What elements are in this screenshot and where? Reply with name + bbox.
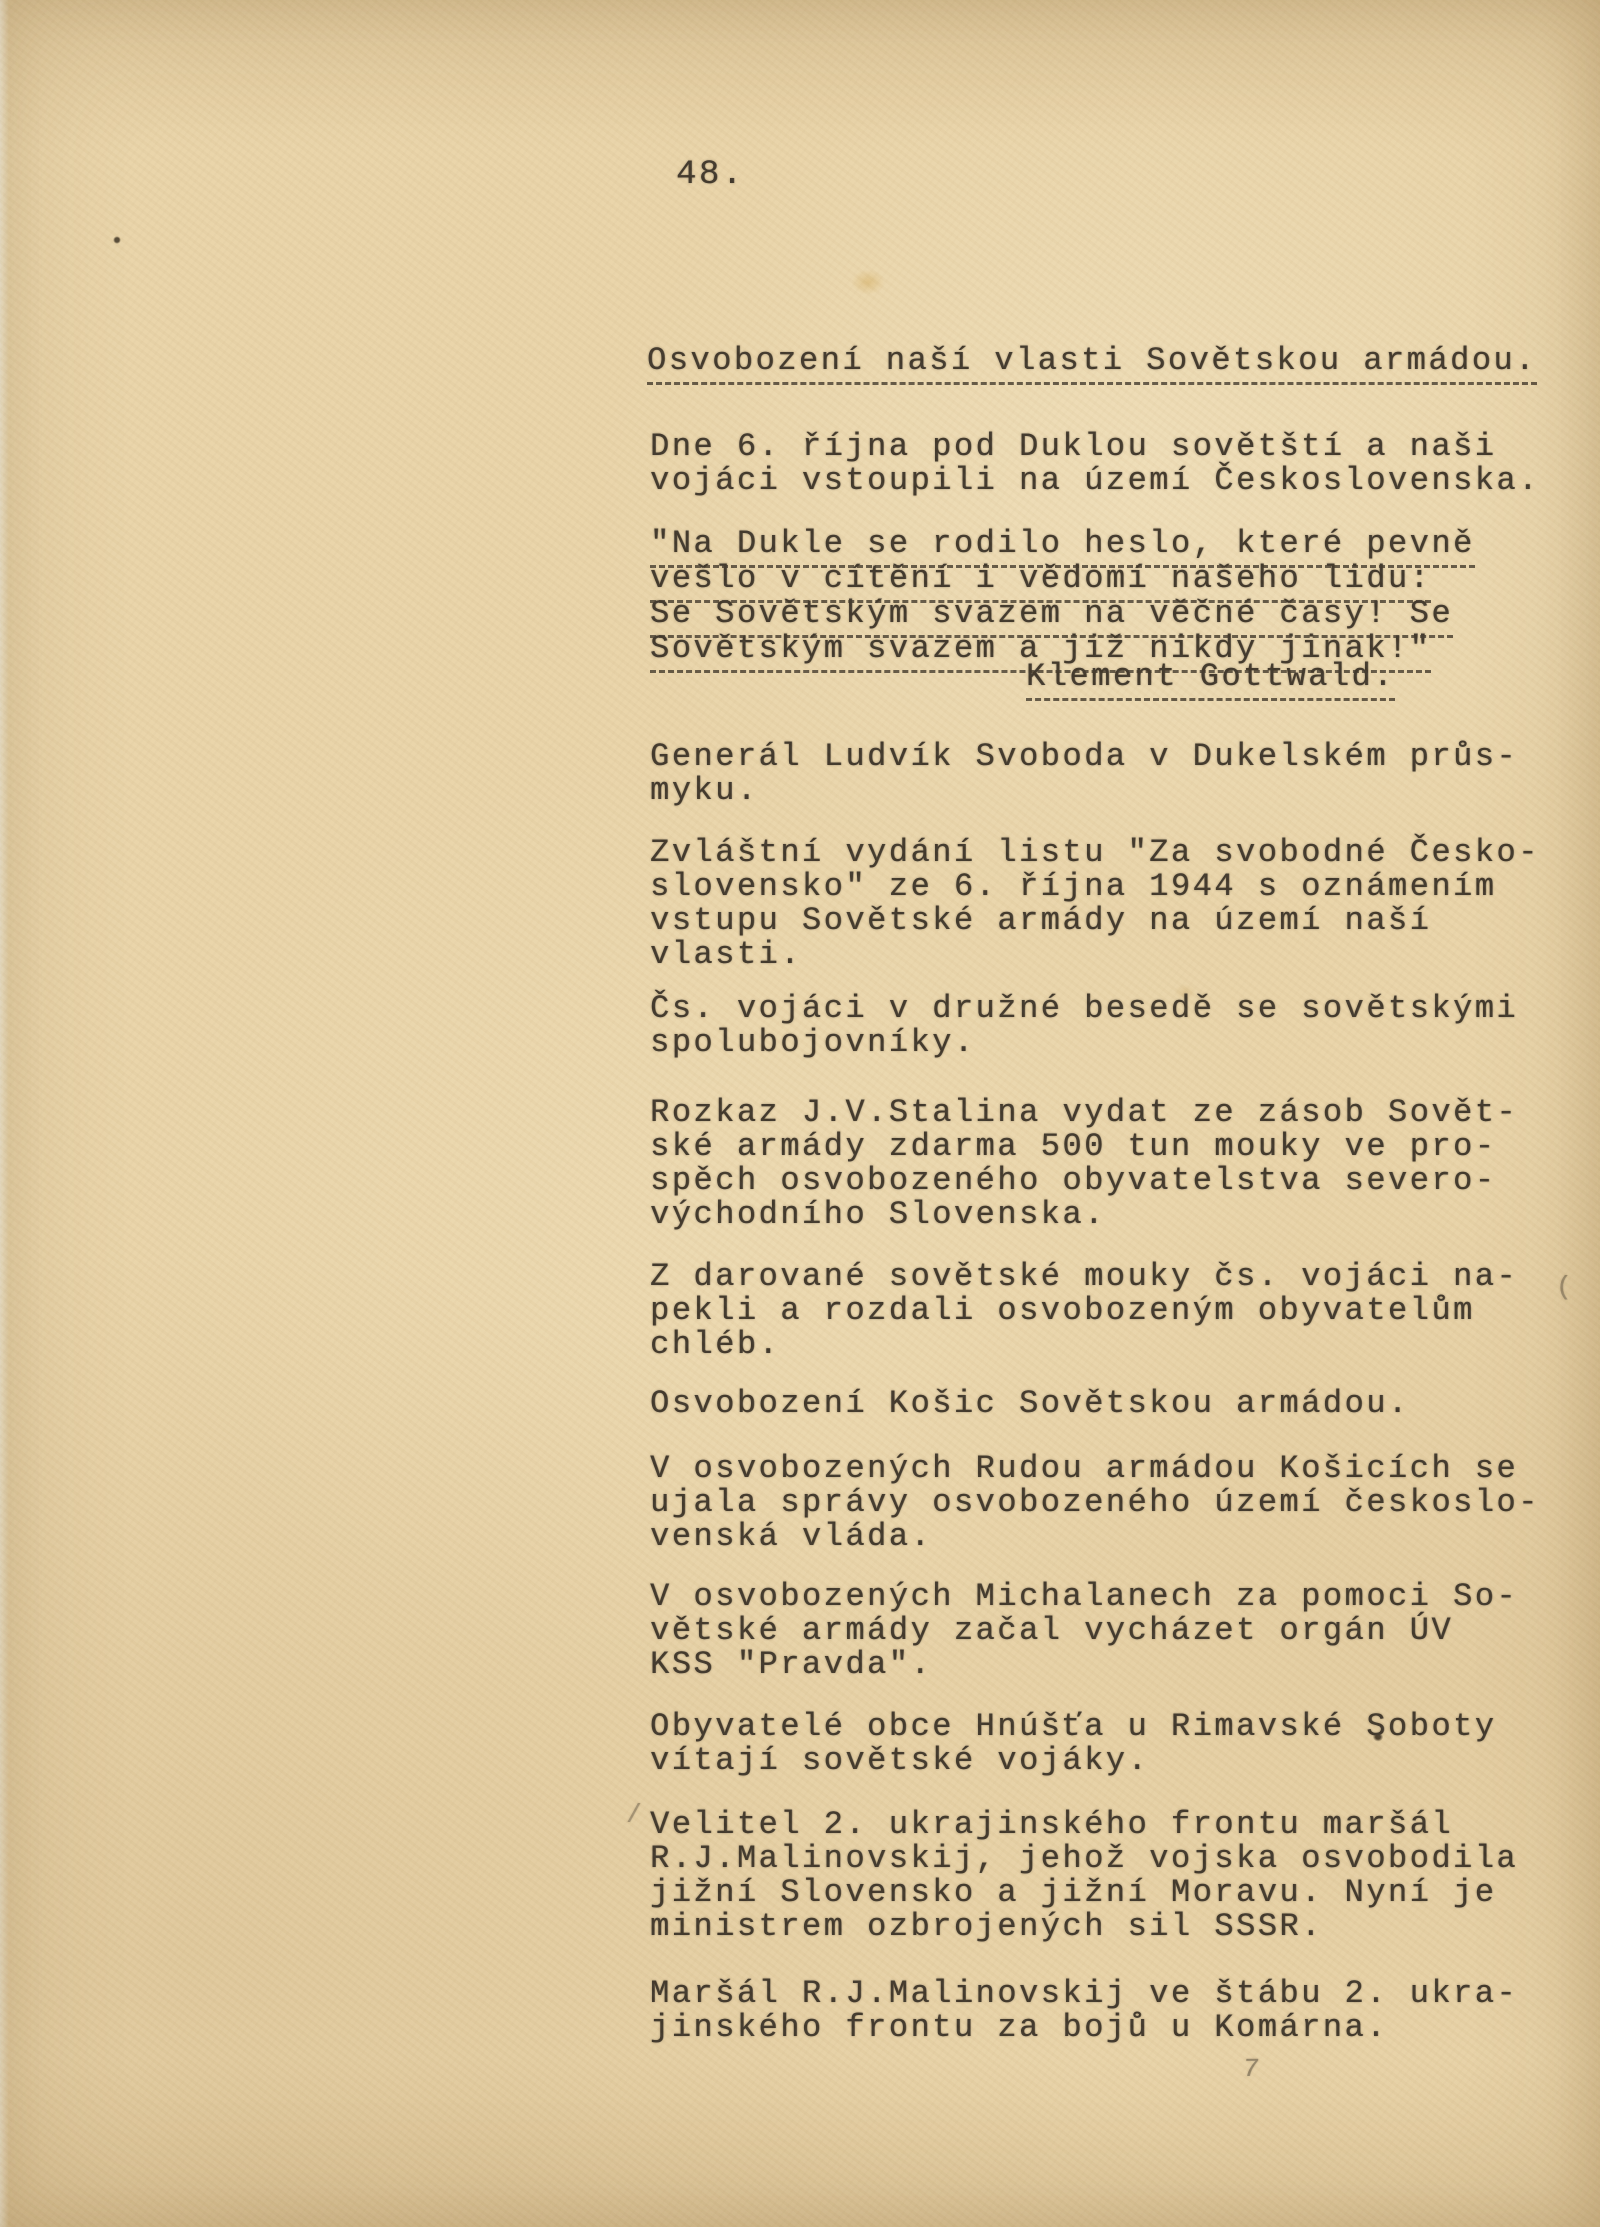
- paragraph-soldiers-talk: Čs. vojáci v družné besedě se sovětskými…: [650, 992, 1518, 1060]
- stray-ink-mark: 7: [1241, 2052, 1264, 2086]
- text: KSS "Pravda".: [650, 1646, 932, 1683]
- stray-ink-mark: (: [1556, 1270, 1574, 1304]
- text: ské armády zdarma 500 tun mouky ve pro-: [650, 1128, 1496, 1165]
- attribution-text: Klement Gottwald.: [1026, 658, 1395, 701]
- text: Z darované sovětské mouky čs. vojáci na-: [650, 1258, 1518, 1295]
- text-line: ské armády zdarma 500 tun mouky ve pro-: [650, 1130, 1518, 1164]
- page-number: 48.: [676, 158, 745, 192]
- text-line: ministrem ozbrojených sil SSSR.: [650, 1910, 1518, 1944]
- text-line: Obyvatelé obce Hnúšťa u Rimavské Soboty: [650, 1710, 1496, 1744]
- text: vojáci vstoupili na území Československa…: [650, 462, 1540, 499]
- text-line: vítají sovětské vojáky.: [650, 1744, 1496, 1778]
- text-line: slovensko" ze 6. října 1944 s oznámením: [650, 870, 1540, 904]
- scanned-document-page: 48. Osvobození naší vlasti Sovětskou arm…: [0, 0, 1600, 2227]
- paragraph-malinovskij: Velitel 2. ukrajinského frontu maršál R.…: [650, 1808, 1518, 1944]
- text: Dne 6. října pod Duklou sovětští a naši: [650, 428, 1496, 465]
- quote-block-gottwald: "Na Dukle se rodilo heslo, které pevně v…: [650, 527, 1475, 667]
- text-line: vlasti.: [650, 938, 1540, 972]
- text: jižní Slovensko a jižní Moravu. Nyní je: [650, 1874, 1496, 1911]
- text-line: Dne 6. října pod Duklou sovětští a naši: [650, 430, 1540, 464]
- text: spolubojovníky.: [650, 1024, 976, 1061]
- text: jinského frontu za bojů u Komárna.: [650, 2009, 1388, 2046]
- text: ujala správy osvobozeného území českoslo…: [650, 1484, 1540, 1521]
- text-line: Z darované sovětské mouky čs. vojáci na-: [650, 1260, 1518, 1294]
- paragraph-stalin-order: Rozkaz J.V.Stalina vydat ze zásob Sovět-…: [650, 1096, 1518, 1232]
- text-line: V osvobozených Michalanech za pomoci So-: [650, 1580, 1518, 1614]
- quote-attribution: Klement Gottwald.: [1026, 660, 1395, 694]
- text: pekli a rozdali osvobozeným obyvatelům: [650, 1292, 1475, 1329]
- text: Generál Ludvík Svoboda v Dukelském průs-: [650, 738, 1518, 775]
- paragraph-bread: Z darované sovětské mouky čs. vojáci na-…: [650, 1260, 1518, 1362]
- paragraph-hnusta: Obyvatelé obce Hnúšťa u Rimavské Soboty …: [650, 1710, 1496, 1778]
- text-line: Osvobození Košic Sovětskou armádou.: [650, 1387, 1410, 1421]
- text: Osvobození Košic Sovětskou armádou.: [650, 1385, 1410, 1422]
- text-line: východního Slovenska.: [650, 1198, 1518, 1232]
- text-line: myku.: [650, 774, 1518, 808]
- text-line: R.J.Malinovskij, jehož vojska osvobodila: [650, 1842, 1518, 1876]
- text: Velitel 2. ukrajinského frontu maršál: [650, 1806, 1453, 1843]
- paragraph-svoboda-caption: Generál Ludvík Svoboda v Dukelském průs-…: [650, 740, 1518, 808]
- text: R.J.Malinovskij, jehož vojska osvobodila: [650, 1840, 1518, 1877]
- text: chléb.: [650, 1326, 780, 1363]
- text-line: jižní Slovensko a jižní Moravu. Nyní je: [650, 1876, 1518, 1910]
- text: Maršál R.J.Malinovskij ve štábu 2. ukra-: [650, 1975, 1518, 2012]
- text: slovensko" ze 6. října 1944 s oznámením: [650, 868, 1496, 905]
- text-line: "Na Dukle se rodilo heslo, které pevně: [650, 527, 1475, 561]
- text-line: spěch osvobozeného obyvatelstva severo-: [650, 1164, 1518, 1198]
- text-line: Se Sovětským svazem na věčné časy! Se: [650, 597, 1475, 631]
- paragraph-kosice-government: V osvobozených Rudou armádou Košicích se…: [650, 1452, 1540, 1554]
- text: myku.: [650, 772, 759, 809]
- text-line: chléb.: [650, 1328, 1518, 1362]
- paragraph-dukla-entry: Dne 6. října pod Duklou sovětští a naši …: [650, 430, 1540, 498]
- text: V osvobozených Michalanech za pomoci So-: [650, 1578, 1518, 1615]
- text-line: KSS "Pravda".: [650, 1648, 1518, 1682]
- section-heading: Osvobození naší vlasti Sovětskou armádou…: [647, 344, 1537, 378]
- text-line: Velitel 2. ukrajinského frontu maršál: [650, 1808, 1518, 1842]
- text-line: spolubojovníky.: [650, 1026, 1518, 1060]
- paragraph-pravda: V osvobozených Michalanech za pomoci So-…: [650, 1580, 1518, 1682]
- text-line: Generál Ludvík Svoboda v Dukelském průs-: [650, 740, 1518, 774]
- stray-ink-mark: /: [626, 1798, 644, 1832]
- text-line: Maršál R.J.Malinovskij ve štábu 2. ukra-: [650, 1977, 1518, 2011]
- text: vstupu Sovětské armády na území naší: [650, 902, 1431, 939]
- text: větské armády začal vycházet orgán ÚV: [650, 1612, 1453, 1649]
- text: Čs. vojáci v družné besedě se sovětskými: [650, 990, 1518, 1027]
- text: venská vláda.: [650, 1518, 932, 1555]
- text-line: vojáci vstoupili na území Československa…: [650, 464, 1540, 498]
- text-line: vešlo v cítění i vědomí našeho lidu:: [650, 562, 1475, 596]
- text: Obyvatelé obce Hnúšťa u Rimavské Soboty: [650, 1708, 1496, 1745]
- text: spěch osvobozeného obyvatelstva severo-: [650, 1162, 1496, 1199]
- text-line: ujala správy osvobozeného území českoslo…: [650, 1486, 1540, 1520]
- text: Zvláštní vydání listu "Za svobodné Česko…: [650, 834, 1540, 871]
- typewritten-text-layer: 48. Osvobození naší vlasti Sovětskou arm…: [0, 0, 1600, 2227]
- text: východního Slovenska.: [650, 1196, 1106, 1233]
- text: Rozkaz J.V.Stalina vydat ze zásob Sovět-: [650, 1094, 1518, 1131]
- section-heading-text: Osvobození naší vlasti Sovětskou armádou…: [647, 342, 1537, 385]
- text-line: V osvobozených Rudou armádou Košicích se: [650, 1452, 1540, 1486]
- text-line: pekli a rozdali osvobozeným obyvatelům: [650, 1294, 1518, 1328]
- paragraph-kosice-caption: Osvobození Košic Sovětskou armádou.: [650, 1387, 1410, 1421]
- text-line: větské armády začal vycházet orgán ÚV: [650, 1614, 1518, 1648]
- text: vítají sovětské vojáky.: [650, 1742, 1149, 1779]
- paragraph-special-edition: Zvláštní vydání listu "Za svobodné Česko…: [650, 836, 1540, 972]
- text-line: Čs. vojáci v družné besedě se sovětskými: [650, 992, 1518, 1026]
- text: V osvobozených Rudou armádou Košicích se: [650, 1450, 1518, 1487]
- text-line: venská vláda.: [650, 1520, 1540, 1554]
- text-line: jinského frontu za bojů u Komárna.: [650, 2011, 1518, 2045]
- text: ministrem ozbrojených sil SSSR.: [650, 1908, 1323, 1945]
- text-line: Rozkaz J.V.Stalina vydat ze zásob Sovět-: [650, 1096, 1518, 1130]
- text-line: vstupu Sovětské armády na území naší: [650, 904, 1540, 938]
- paragraph-komarno: Maršál R.J.Malinovskij ve štábu 2. ukra-…: [650, 1977, 1518, 2045]
- text: vlasti.: [650, 936, 802, 973]
- text-line: Zvláštní vydání listu "Za svobodné Česko…: [650, 836, 1540, 870]
